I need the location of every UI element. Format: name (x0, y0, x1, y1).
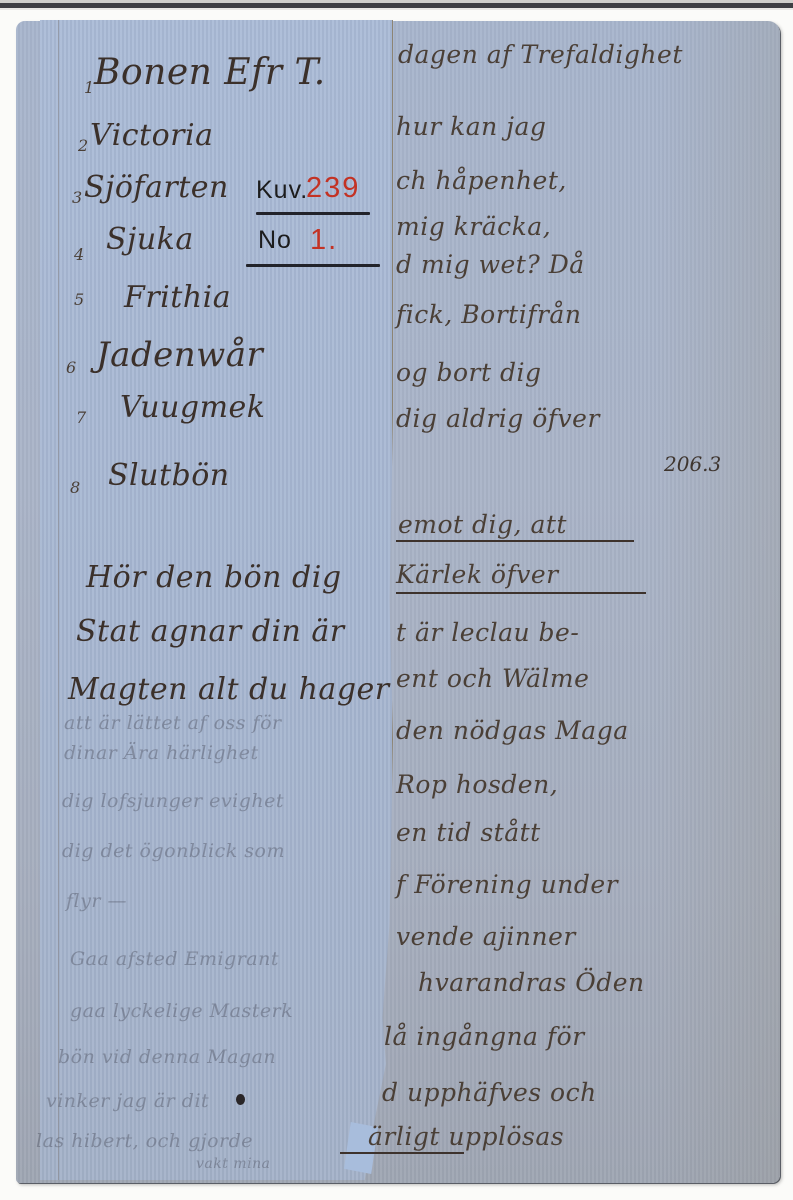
kuv-label: Kuv. (256, 176, 308, 205)
text-line: fick, Bortifrån (396, 300, 581, 329)
underline (396, 540, 634, 542)
text-line: ch håpenhet, (396, 166, 567, 195)
faint-line: gaa lyckelige Masterk (70, 1000, 293, 1022)
list-item: Bonen Efr T. (94, 52, 326, 93)
list-item: Frithia (124, 280, 231, 315)
list-number: 8 (70, 478, 80, 497)
text-line: ärligt upplösas (368, 1122, 564, 1151)
text-line: f Förening under (396, 870, 618, 899)
faint-line: dig det ögonblick som (62, 840, 285, 862)
faint-line: att är lättet af oss för (64, 712, 282, 734)
underline (340, 1152, 464, 1154)
list-item: Jadenwår (96, 335, 263, 375)
list-number: 6 (66, 358, 76, 377)
faint-line: dig lofsjunger evighet (62, 790, 284, 812)
text-line: d upphäfves och (382, 1078, 597, 1107)
text-line: mig kräcka, (396, 212, 551, 241)
faint-line: vakt mina (196, 1156, 270, 1172)
text-line: Rop hosden, (396, 770, 558, 799)
no-number: 1. (310, 224, 338, 257)
list-number: 2 (78, 136, 88, 155)
kuv-number: 239 (306, 172, 360, 205)
ink-blot (236, 1094, 245, 1105)
list-number: 1 (84, 78, 94, 97)
list-item: Vuugmek (120, 390, 265, 425)
text-line: dagen af Trefaldighet (398, 40, 683, 69)
fold-crease (58, 20, 59, 1180)
no-label: No (258, 226, 292, 255)
list-number: 7 (76, 408, 86, 427)
label-rule (256, 212, 370, 215)
text-line: Kärlek öfver (396, 560, 559, 589)
text-line: den nödgas Maga (396, 716, 629, 745)
verse-line: Hör den bön dig (86, 560, 342, 595)
list-number: 3 (72, 188, 82, 207)
text-line: lå ingångna för (384, 1022, 585, 1051)
underline (396, 592, 646, 594)
list-number: 5 (74, 290, 84, 309)
text-line: ent och Wälme (396, 664, 589, 693)
list-item: Victoria (90, 118, 213, 153)
text-line: emot dig, att (398, 510, 567, 539)
faint-line: las hibert, och gjorde (36, 1130, 253, 1152)
text-line: og bort dig (396, 358, 542, 387)
list-number: 4 (74, 245, 84, 264)
list-item: Sjuka (106, 222, 194, 257)
list-item: Sjöfarten (84, 170, 229, 205)
text-line: en tid stått (396, 818, 541, 847)
text-line: vende ajinner (396, 922, 576, 951)
faint-line: dinar Ära härlighet (64, 742, 259, 764)
verse-line: Stat agnar din är (76, 614, 345, 649)
text-line: dig aldrig öfver (396, 404, 600, 433)
verse-line: Magten alt du hager (68, 672, 390, 707)
label-rule (246, 264, 380, 267)
text-line: hur kan jag (396, 112, 546, 141)
margin-reference-number: 206.3 (664, 452, 721, 476)
faint-line: vinker jag är dit (46, 1090, 209, 1112)
scanner-edge (0, 0, 793, 10)
faint-line: Gaa afsted Emigrant (70, 948, 279, 970)
text-line: hvarandras Öden (418, 968, 645, 997)
faint-line: flyr — (66, 890, 127, 912)
text-line: d mig wet? Då (396, 250, 585, 279)
text-line: t är leclau be- (396, 618, 579, 647)
list-item: Slutbön (108, 458, 230, 493)
faint-line: bön vid denna Magan (58, 1046, 276, 1068)
